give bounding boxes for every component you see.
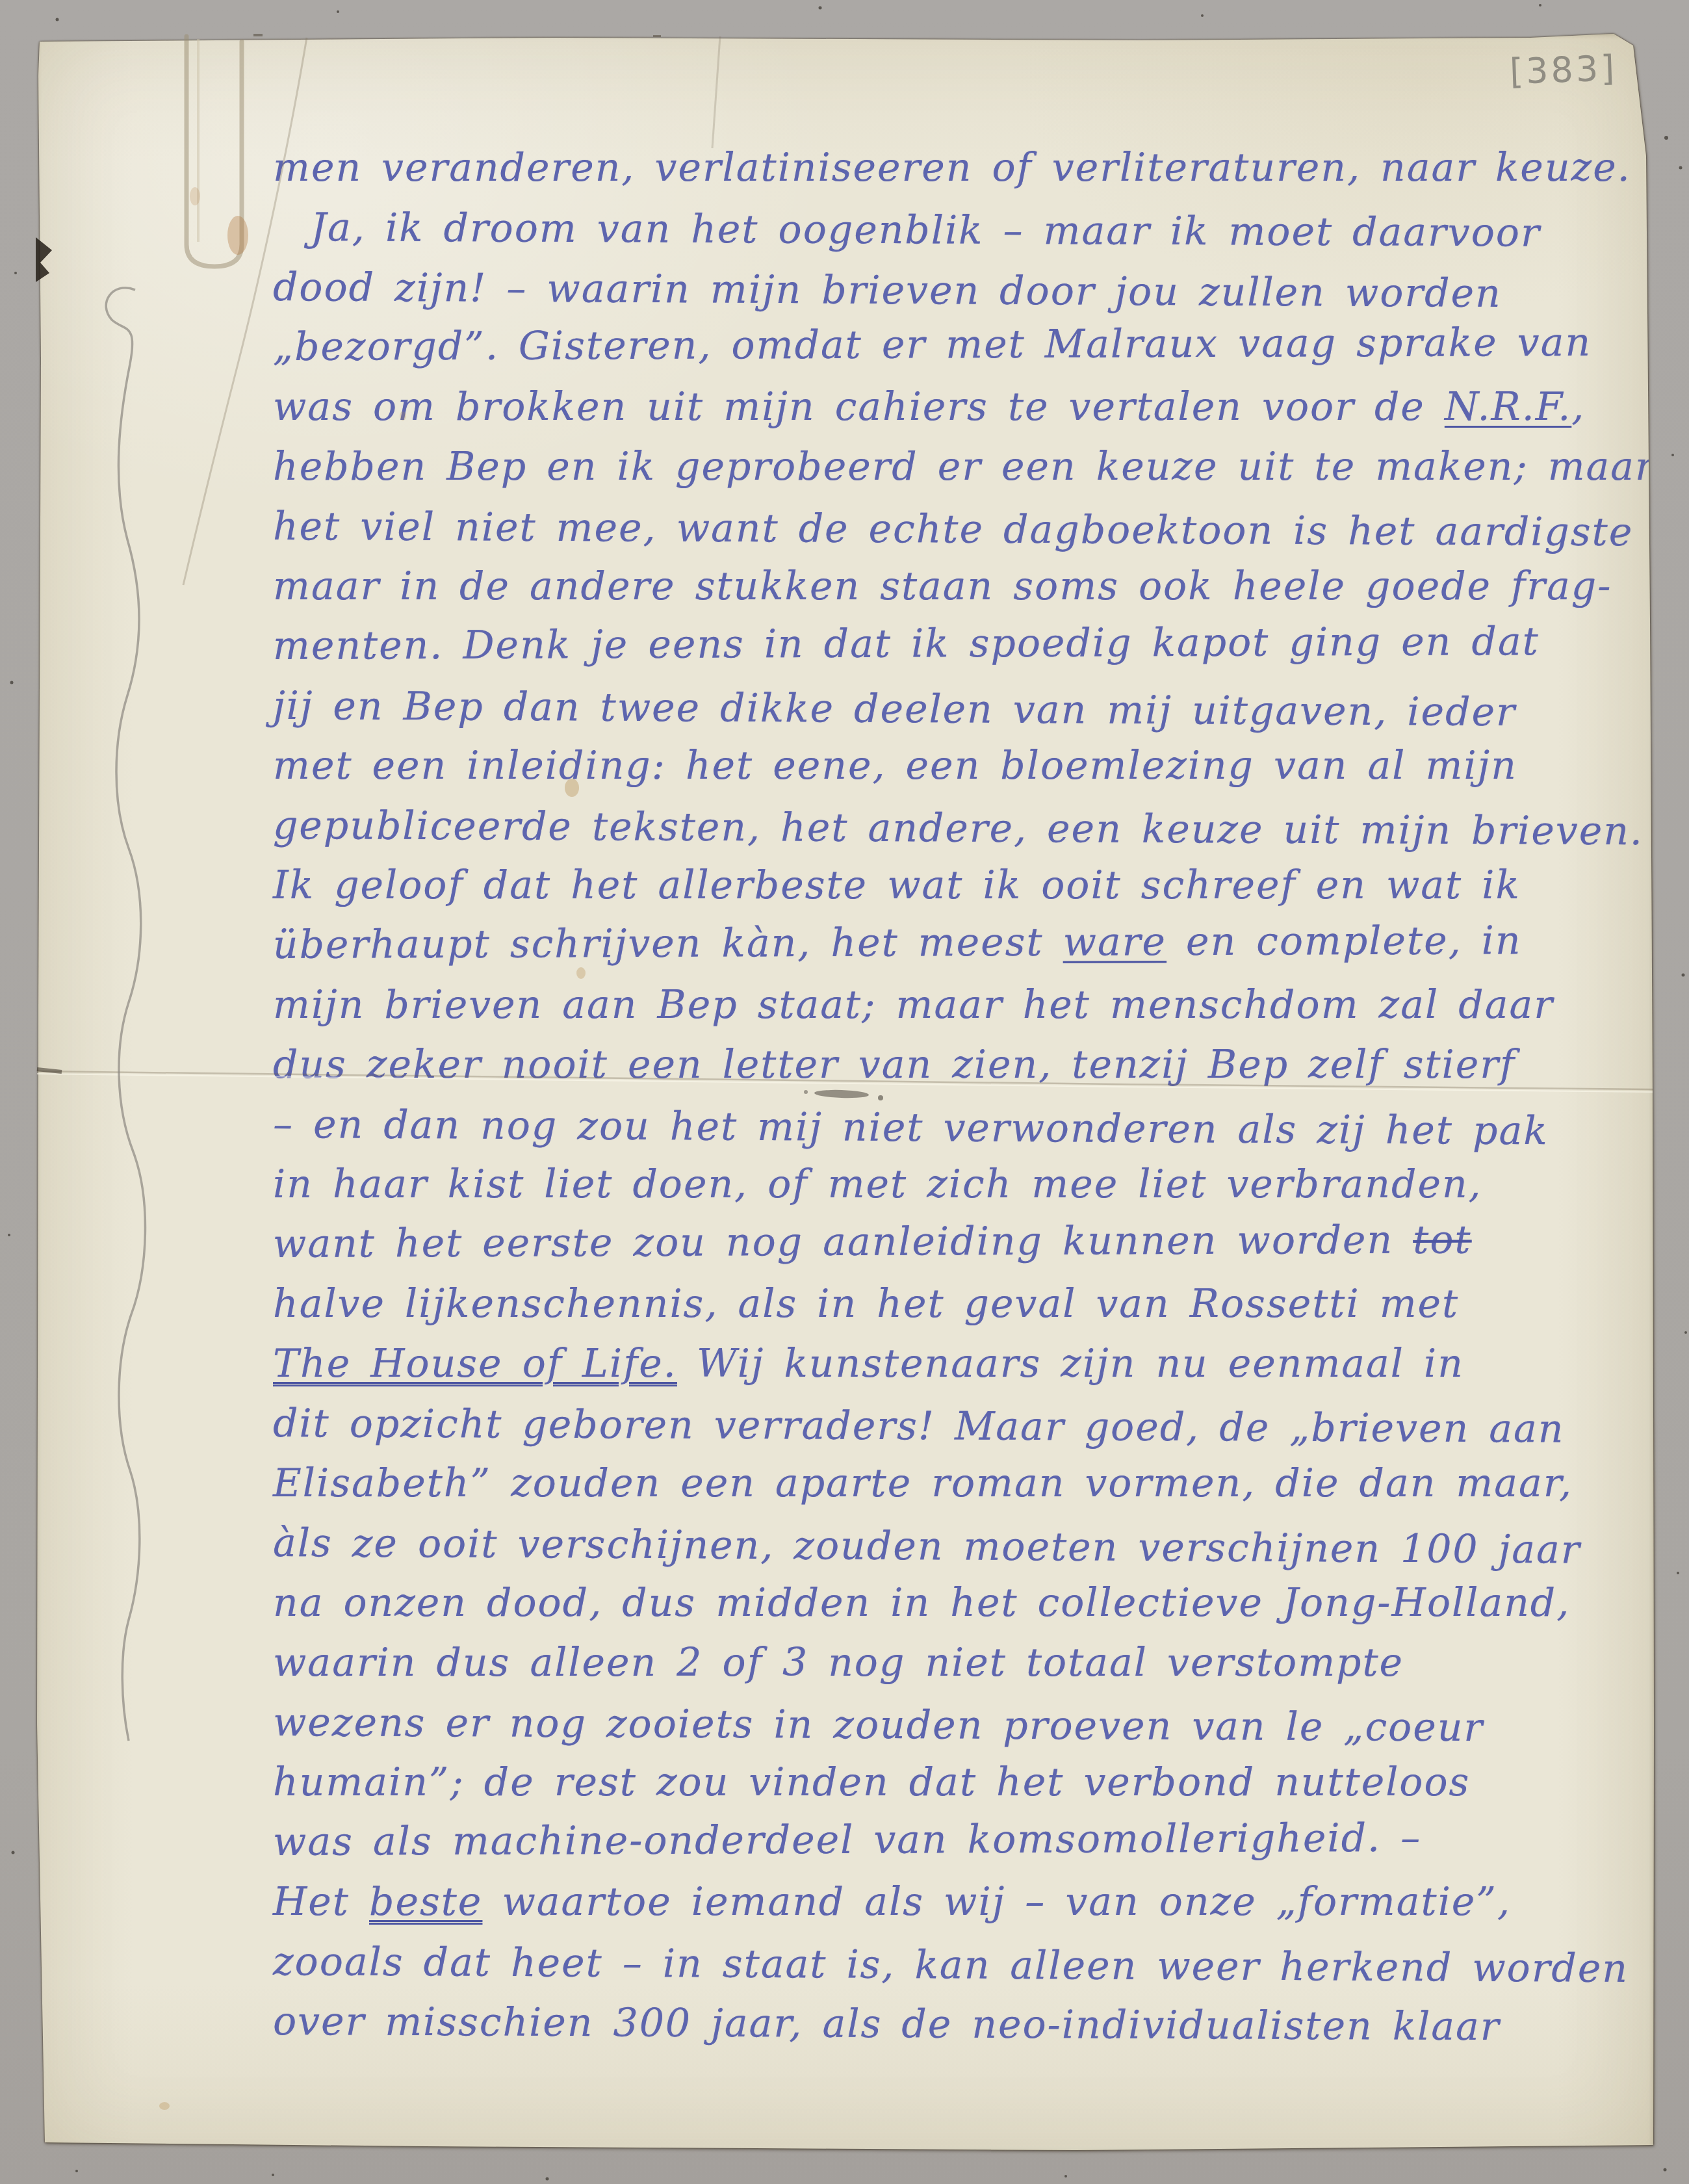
letter-text-segment: maar in de andere stukken staan soms ook…: [273, 564, 1612, 609]
letter-text-segment: en complete, in: [1167, 918, 1522, 965]
letter-text-segment: in haar kist liet doen, of met zich mee …: [273, 1162, 1482, 1207]
letter-text-segment: dit opzicht geboren verraders! Maar goed…: [273, 1401, 1565, 1452]
letter-text-segment: Ja, ik droom van het oogenblik – maar ik…: [311, 205, 1541, 255]
letter-text-segment: halve lijkenschennis, als in het geval v…: [273, 1281, 1459, 1327]
letter-line: want het eerste zou nog aanleiding kunne…: [273, 1210, 1654, 1274]
letter-text-segment: humain”; de rest zou vinden dat het verb…: [273, 1760, 1470, 1805]
letter-line: humain”; de rest zou vinden dat het verb…: [273, 1752, 1654, 1812]
letter-line: jij en Bep dan twee dikke deelen van mij…: [273, 676, 1654, 743]
letter-line: was als machine-onderdeel van komsomolle…: [273, 1808, 1654, 1872]
letter-line: zooals dat heet – in staat is, kan allee…: [273, 1932, 1654, 1999]
letter-text-segment: Ik geloof dat het allerbeste wat ik ooit…: [273, 863, 1521, 908]
letter-line: in haar kist liet doen, of met zich mee …: [273, 1154, 1654, 1214]
letter-paper-wrap: [383] men veranderen, verlatiniseeren of…: [36, 34, 1654, 2154]
letter-text-segment: dus zeker nooit een letter van zien, ten…: [273, 1042, 1515, 1087]
letter-text-segment: mijn brieven aan Bep staat; maar het men…: [273, 982, 1554, 1028]
letter-text-segment: àls ze ooit verschijnen, zouden moeten v…: [273, 1520, 1581, 1573]
letter-text-segment: hebben Bep en ik geprobeerd er een keuze…: [273, 444, 1654, 489]
letter-text-segment: ,: [1571, 384, 1585, 430]
letter-text-segment: „bezorgd”. Gisteren, omdat er met Malrau…: [273, 320, 1592, 370]
letter-text-segment: überhaupt schrijven kàn, het meest: [273, 920, 1063, 968]
letter-line: maar in de andere stukken staan soms ook…: [273, 556, 1654, 616]
letter-line: Ja, ik droom van het oogenblik – maar ik…: [273, 198, 1654, 263]
letter-line: met een inleiding: het eene, een bloemle…: [273, 736, 1654, 796]
letter-line: waarin dus alleen 2 of 3 nog niet totaal…: [273, 1633, 1654, 1693]
letter-text-segment: tot: [1413, 1217, 1472, 1263]
letter-paper: [383] men veranderen, verlatiniseeren of…: [36, 34, 1654, 2154]
letter-text-segment: na onzen dood, dus midden in het collect…: [273, 1580, 1570, 1626]
letter-text-segment: Elisabeth” zouden een aparte roman vorme…: [273, 1461, 1573, 1506]
letter-line: mijn brieven aan Bep staat; maar het men…: [273, 975, 1654, 1035]
letter-text-segment: – en dan nog zou het mij niet verwondere…: [273, 1102, 1549, 1154]
letter-line: – en dan nog zou het mij niet verwondere…: [273, 1095, 1654, 1162]
letter-text-segment: gepubliceerde teksten, het andere, een k…: [273, 803, 1644, 854]
letter-line: dus zeker nooit een letter van zien, ten…: [273, 1035, 1654, 1095]
page-number-pencil: [383]: [1509, 47, 1618, 92]
letter-text-segment: het viel niet mee, want de echte dagboek…: [273, 504, 1634, 555]
letter-text-segment: Het: [273, 1879, 369, 1925]
letter-line: Het beste waartoe iemand als wij – van o…: [273, 1872, 1654, 1932]
letter-line: menten. Denk je eens in dat ik spoedig k…: [273, 612, 1654, 676]
letter-text-segment: dood zijn! – waarin mijn brieven door jo…: [273, 265, 1502, 317]
letter-line: àls ze ooit verschijnen, zouden moeten v…: [273, 1513, 1654, 1580]
letter-text-segment: The House of Life.: [273, 1341, 677, 1386]
letter-text-segment: met een inleiding: het eene, een bloemle…: [273, 743, 1517, 788]
letter-body: men veranderen, verlatiniseeren of verli…: [273, 138, 1654, 2051]
letter-line: Elisabeth” zouden een aparte roman vorme…: [273, 1453, 1654, 1513]
letter-line: na onzen dood, dus midden in het collect…: [273, 1573, 1654, 1633]
letter-line: überhaupt schrijven kàn, het meest ware …: [273, 911, 1654, 975]
letter-text-segment: beste: [369, 1879, 482, 1925]
letter-line: wezens er nog zooiets in zouden proeven …: [273, 1693, 1654, 1758]
letter-line: gepubliceerde teksten, het andere, een k…: [273, 796, 1654, 861]
letter-line: was om brokken uit mijn cahiers te verta…: [273, 377, 1654, 437]
letter-text-segment: menten. Denk je eens in dat ik spoedig k…: [273, 619, 1540, 669]
letter-text-segment: was om brokken uit mijn cahiers te verta…: [273, 384, 1445, 430]
letter-text-segment: wezens er nog zooiets in zouden proeven …: [273, 1700, 1484, 1750]
letter-text-segment: jij en Bep dan twee dikke deelen van mij…: [273, 683, 1516, 735]
letter-text-segment: was als machine-onderdeel van komsomolle…: [273, 1815, 1421, 1865]
letter-text-segment: Wij kunstenaars zijn nu eenmaal in: [677, 1341, 1464, 1386]
letter-line: hebben Bep en ik geprobeerd er een keuze…: [273, 437, 1654, 497]
letter-line: Ik geloof dat het allerbeste wat ik ooit…: [273, 855, 1654, 915]
letter-text-segment: want het eerste zou nog aanleiding kunne…: [273, 1217, 1413, 1267]
scanned-letter-page: { "document": { "type_label": "handwritt…: [0, 0, 1689, 2184]
letter-text-segment: waartoe iemand als wij – van onze „forma…: [482, 1879, 1511, 1925]
letter-line: men veranderen, verlatiniseeren of verli…: [273, 138, 1654, 198]
letter-text-segment: zooals dat heet – in staat is, kan allee…: [273, 1939, 1629, 1992]
letter-text-segment: over misschien 300 jaar, als de neo-indi…: [273, 1999, 1501, 2049]
letter-line: „bezorgd”. Gisteren, omdat er met Malrau…: [273, 313, 1654, 377]
letter-text-segment: N.R.F.: [1445, 384, 1571, 430]
letter-line: het viel niet mee, want de echte dagboek…: [273, 497, 1654, 562]
letter-line: The House of Life. Wij kunstenaars zijn …: [273, 1334, 1654, 1394]
letter-line: halve lijkenschennis, als in het geval v…: [273, 1274, 1654, 1334]
letter-text-segment: ware: [1063, 919, 1167, 965]
letter-line: dit opzicht geboren verraders! Maar goed…: [273, 1394, 1654, 1459]
letter-text-segment: waarin dus alleen 2 of 3 nog niet totaal…: [273, 1640, 1404, 1685]
letter-line: over misschien 300 jaar, als de neo-indi…: [273, 1992, 1654, 2057]
letter-text-segment: men veranderen, verlatiniseeren of verli…: [273, 145, 1631, 190]
